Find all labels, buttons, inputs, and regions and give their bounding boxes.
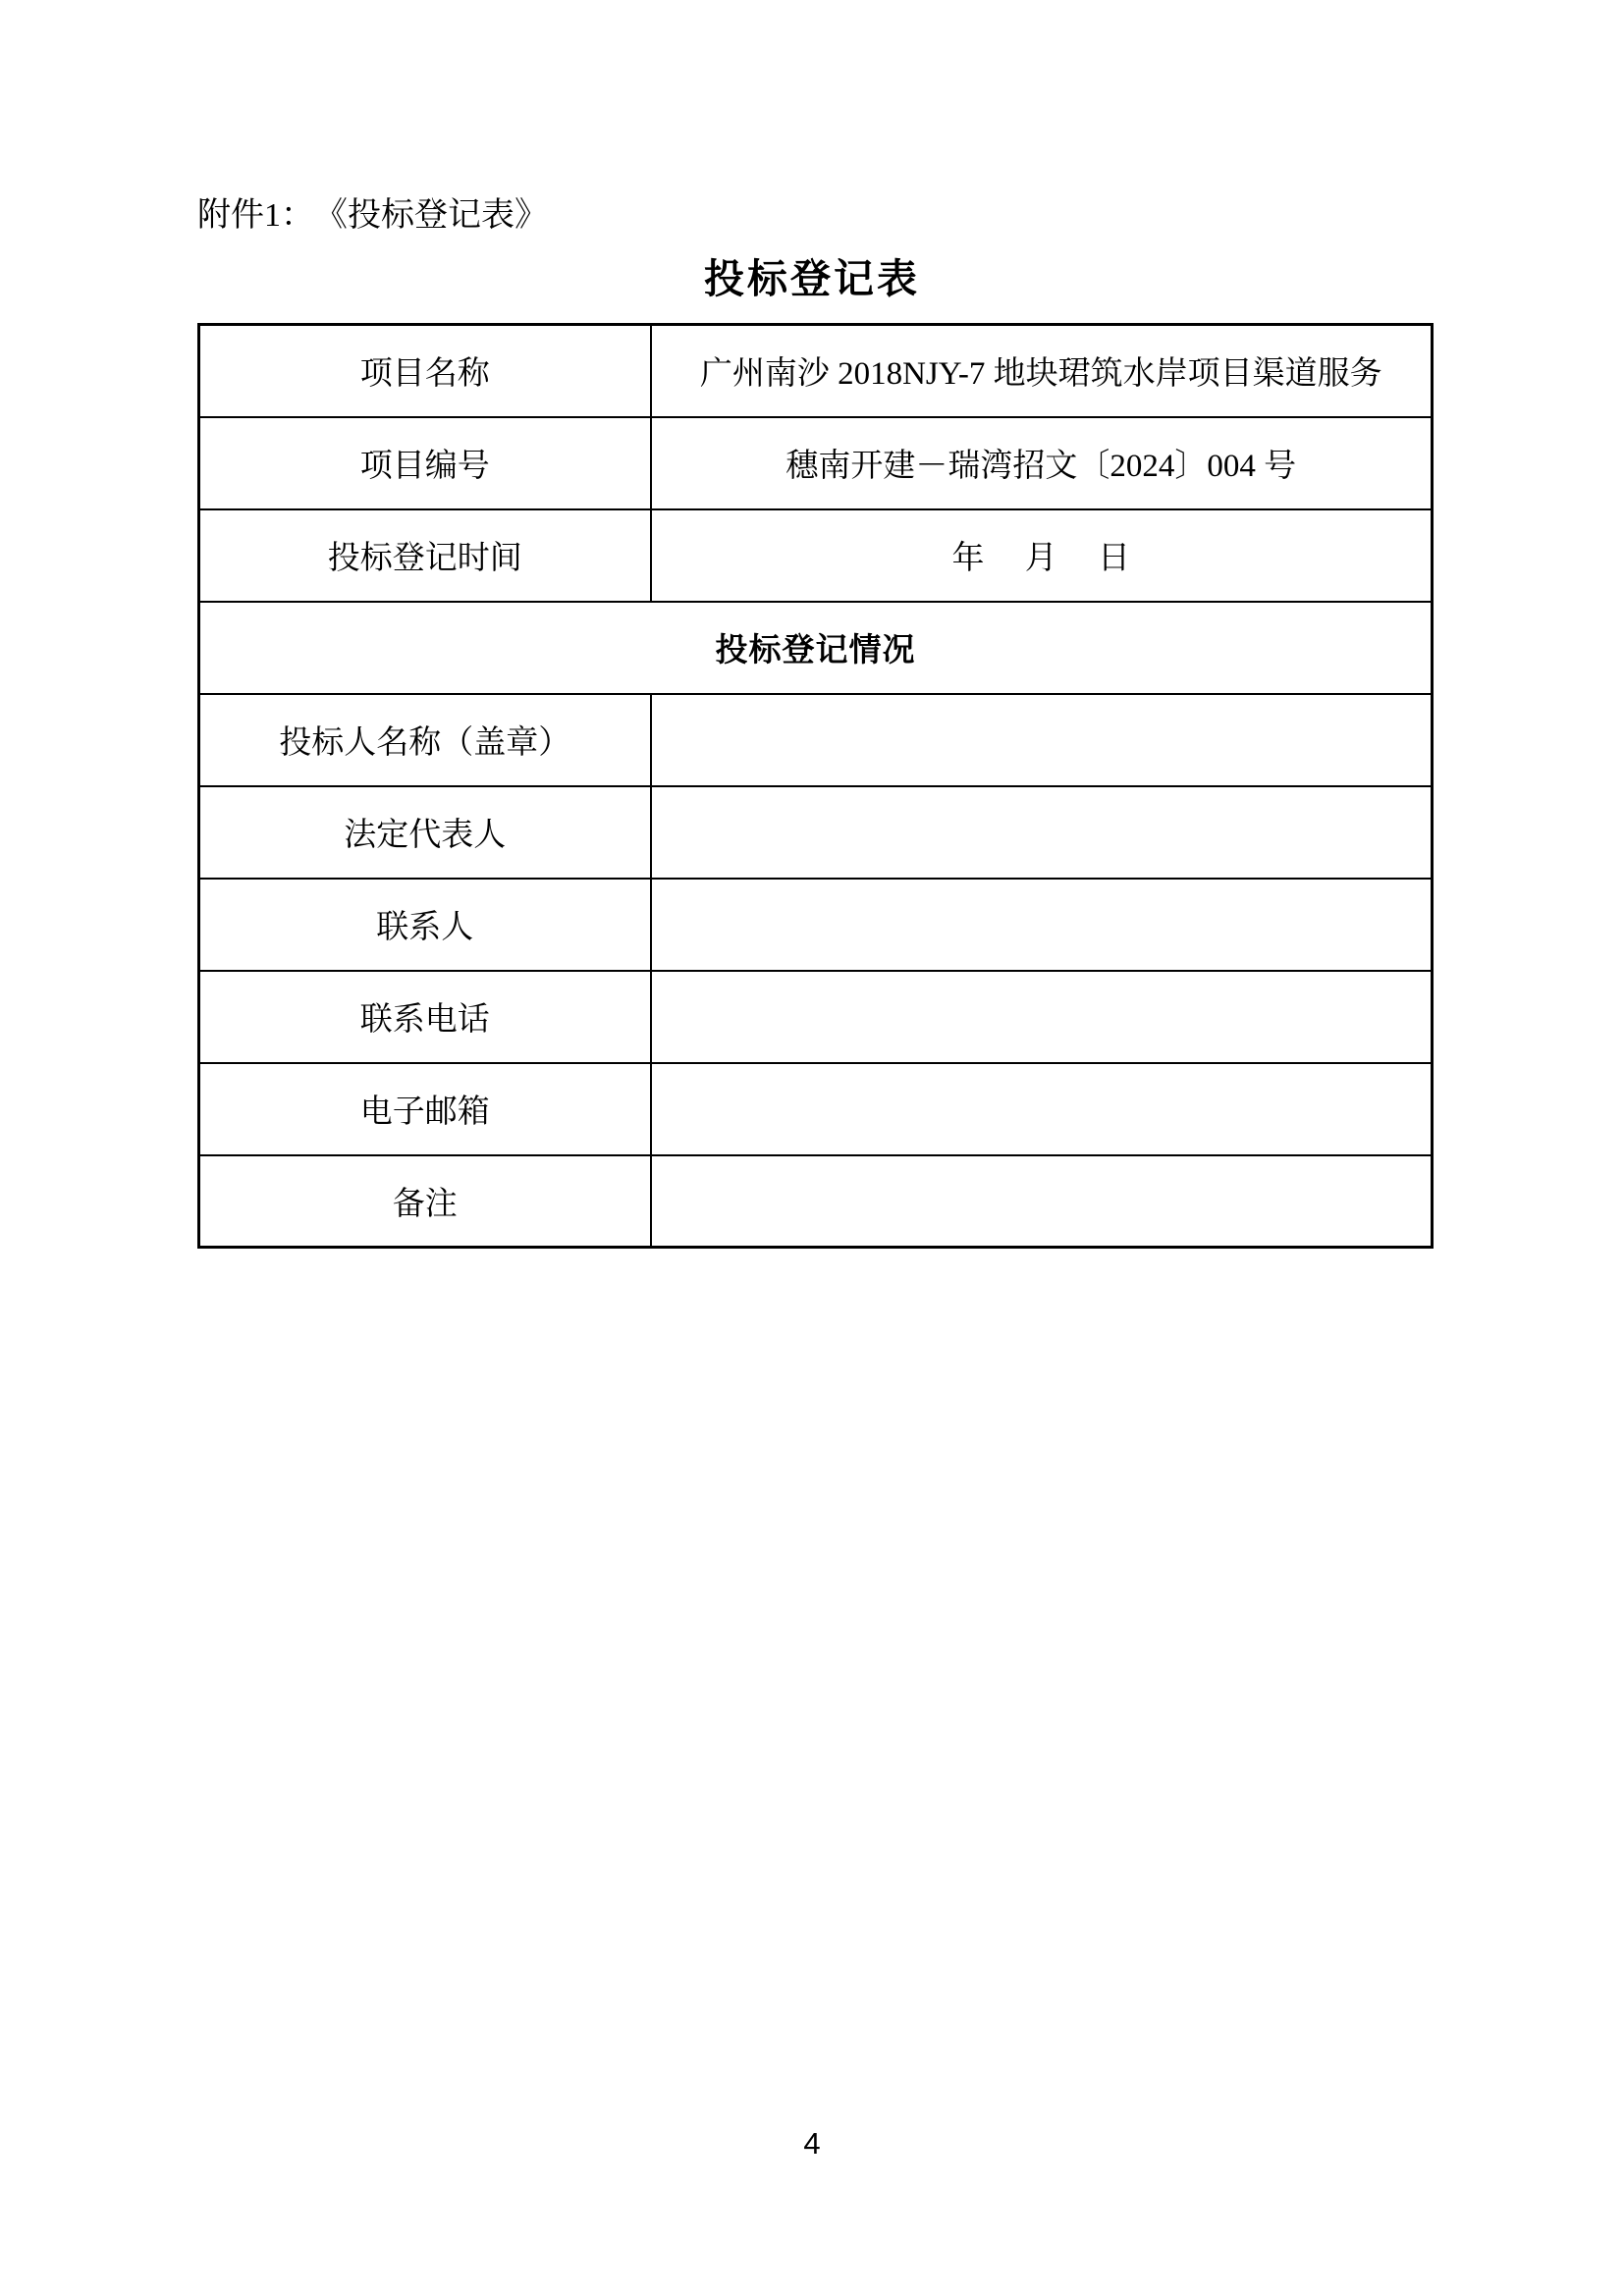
row-value-registration-time: 年 月 日 — [651, 509, 1433, 602]
table-row-registration-time: 投标登记时间 年 月 日 — [199, 509, 1433, 602]
row-value-contact-phone — [651, 971, 1433, 1063]
row-label-email: 电子邮箱 — [199, 1063, 651, 1155]
table-row-contact-phone: 联系电话 — [199, 971, 1433, 1063]
row-value-bidder-name — [651, 694, 1433, 786]
row-value-contact-person — [651, 879, 1433, 971]
row-value-email — [651, 1063, 1433, 1155]
row-label-registration-time: 投标登记时间 — [199, 509, 651, 602]
table-row-email: 电子邮箱 — [199, 1063, 1433, 1155]
row-value-project-number: 穗南开建－瑞湾招文〔2024〕004 号 — [651, 417, 1433, 509]
row-label-legal-representative: 法定代表人 — [199, 786, 651, 879]
bid-registration-table: 项目名称 广州南沙 2018NJY-7 地块珺筑水岸项目渠道服务 项目编号 穗南… — [197, 323, 1434, 1249]
table-row-contact-person: 联系人 — [199, 879, 1433, 971]
table-row-bidder-name: 投标人名称（盖章） — [199, 694, 1433, 786]
row-label-project-name: 项目名称 — [199, 325, 651, 417]
page-title: 投标登记表 — [0, 257, 1624, 301]
page-number: 4 — [0, 2126, 1624, 2162]
table-row-section-header: 投标登记情况 — [199, 602, 1433, 694]
row-value-remarks — [651, 1155, 1433, 1248]
row-label-contact-person: 联系人 — [199, 879, 651, 971]
row-value-project-name: 广州南沙 2018NJY-7 地块珺筑水岸项目渠道服务 — [651, 325, 1433, 417]
table-row-project-name: 项目名称 广州南沙 2018NJY-7 地块珺筑水岸项目渠道服务 — [199, 325, 1433, 417]
section-header: 投标登记情况 — [199, 602, 1433, 694]
table-row-project-number: 项目编号 穗南开建－瑞湾招文〔2024〕004 号 — [199, 417, 1433, 509]
table-row-remarks: 备注 — [199, 1155, 1433, 1248]
row-label-contact-phone: 联系电话 — [199, 971, 651, 1063]
row-label-project-number: 项目编号 — [199, 417, 651, 509]
table-row-legal-representative: 法定代表人 — [199, 786, 1433, 879]
attachment-note: 附件1： 《投标登记表》 — [197, 196, 548, 237]
row-label-remarks: 备注 — [199, 1155, 651, 1248]
row-value-legal-representative — [651, 786, 1433, 879]
document-page: 附件1： 《投标登记表》 投标登记表 项目名称 广州南沙 2018NJY-7 地… — [0, 0, 1624, 2296]
row-label-bidder-name: 投标人名称（盖章） — [199, 694, 651, 786]
